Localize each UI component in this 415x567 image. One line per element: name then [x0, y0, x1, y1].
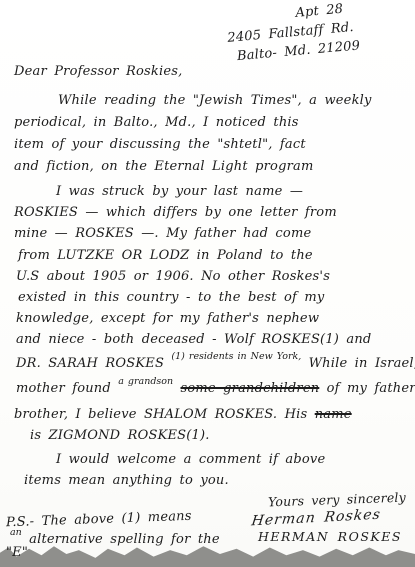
para1-line1: While reading the "Jewish Times", a week…: [58, 93, 372, 108]
para2-line12: is ZIGMOND ROSKES(1).: [30, 428, 210, 443]
printed-name: HERMAN ROSKES: [258, 529, 402, 544]
signature: Herman Roskes: [251, 507, 382, 530]
para2-line9: DR. SARAH ROSKES (1) residents in New Yo…: [16, 356, 415, 371]
return-address-block: Apt 28 2405 Fallstaff Rd. Balto- Md. 212…: [225, 0, 361, 67]
para2-line11-text: brother, I believe SHALOM ROSKES. His: [14, 407, 307, 422]
para2-line3: mine — ROSKES —. My father had come: [14, 226, 311, 241]
para2-line9-continuation: While in Israel, my: [309, 356, 415, 371]
postscript-insertion: an: [10, 527, 22, 538]
para2-line5: U.S about 1905 or 1906. No other Roskes'…: [16, 269, 330, 284]
para2-line9-insertion: (1) residents in New York,: [171, 351, 301, 362]
para2-line2: ROSKIES — which differs by one letter fr…: [14, 205, 337, 220]
salutation: Dear Professor Roskies,: [14, 64, 182, 79]
para2-line4: from LUTZKE OR LODZ in Poland to the: [18, 248, 313, 263]
para2-line11: brother, I believe SHALOM ROSKES. His na…: [14, 407, 352, 422]
para2-line10-text: mother found: [16, 381, 111, 396]
para1-line4: and fiction, on the Eternal Light progra…: [14, 159, 313, 174]
postscript-line3: "E": [6, 545, 28, 560]
para2-line1: I was struck by your last name —: [56, 184, 303, 199]
para2-line10-insertion: a grandson: [118, 376, 173, 387]
para2-line10-strikethrough: some grandchildren: [180, 381, 319, 396]
para2-line9-text: DR. SARAH ROSKES: [16, 356, 164, 371]
para1-line2: periodical, in Balto., Md., I noticed th…: [14, 115, 299, 130]
para1-line3: item of your discussing the "shtetl", fa…: [14, 137, 306, 152]
para2-line7: knowledge, except for my father's nephew: [16, 311, 319, 326]
para3-line1: I would welcome a comment if above: [56, 452, 325, 467]
para2-line6: existed in this country - to the best of…: [18, 290, 324, 305]
para2-line10-continuation: of my father's: [327, 381, 415, 396]
para2-line8: and niece - both deceased - Wolf ROSKES(…: [16, 332, 371, 347]
postscript-line1: P.S.- The above (1) means: [6, 509, 192, 530]
para3-line2: items mean anything to you.: [24, 473, 229, 488]
para2-line10: mother found a grandson some grandchildr…: [16, 381, 415, 396]
postscript-line2: an alternative spelling for the: [10, 532, 220, 547]
postscript-line2-text: alternative spelling for the: [29, 532, 220, 547]
closing-line: Yours very sincerely: [268, 490, 406, 510]
scanned-letter-page: Apt 28 2405 Fallstaff Rd. Balto- Md. 212…: [0, 0, 415, 567]
para2-line11-overwritten-word: name: [315, 407, 352, 422]
